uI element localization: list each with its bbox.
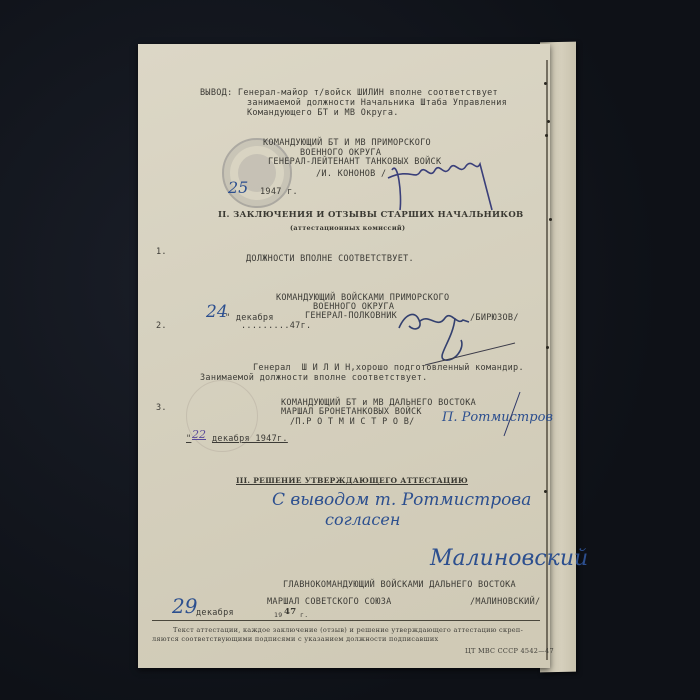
sig1-date-typed: 1947 г. — [260, 188, 298, 197]
item-3-sig-name: /П.Р О Т М И С Т Р О В/ — [290, 418, 415, 427]
punch-hole — [544, 82, 547, 85]
item-2-number: 2. — [156, 322, 167, 331]
punch-hole — [546, 346, 549, 349]
section-3-date-year-suffix: г. — [300, 611, 308, 620]
section-3-sig-line-2: МАРШАЛ СОВЕТСКОГО СОЮЗА — [267, 598, 392, 607]
item-1-number: 1. — [156, 248, 167, 257]
section-3-date-year: 47 — [284, 608, 296, 617]
approval-handwritten-line-1: С выводом т. Ротмистрова — [272, 490, 531, 510]
punch-hole — [544, 490, 547, 493]
conclusion-line-1: ВЫВОД: Генерал-майор т/войск ШИЛИН вполн… — [200, 89, 498, 98]
footnote-line-2: ляются соответствующими подписями с указ… — [152, 635, 438, 644]
punch-hole — [549, 218, 552, 221]
malinovsky-signature: Малиновский — [430, 546, 588, 571]
section-3-date-day: 29 — [172, 594, 197, 618]
section-3-date-month: декабря — [196, 609, 234, 618]
official-seal-stamp — [222, 138, 292, 208]
item-3-date-day: 22 — [192, 428, 206, 441]
item-3-number: 3. — [156, 404, 167, 413]
item-3-date-quote: " — [186, 435, 191, 444]
item-3-text-1: Генерал Ш И Л И Н,хорошо подготовленный … — [253, 364, 524, 373]
conclusion-line-2: занимаемой должности Начальника Штаба Уп… — [247, 99, 507, 108]
footnote-line-1: Текст аттестации, каждое заключение (отз… — [173, 626, 523, 635]
item-2-sig-line-3: ГЕНЕРАЛ-ПОЛКОВНИК — [305, 312, 397, 321]
section-3-date-year-prefix: 19 — [274, 611, 282, 620]
section-3-sig-line-1: ГЛАВНОКОМАНДУЮЩИЙ ВОЙСКАМИ ДАЛЬНЕГО ВОСТ… — [283, 581, 516, 590]
printer-mark: ЦТ МВС СССР 4542—47 — [465, 647, 554, 656]
item-1-text: ДОЛЖНОСТИ ВПОЛНЕ СООТВЕТСТВУЕТ. — [246, 255, 414, 264]
footer-rule — [152, 620, 540, 621]
section-2-title: II. ЗАКЛЮЧЕНИЯ И ОТЗЫВЫ СТАРШИХ НАЧАЛЬНИ… — [218, 211, 524, 220]
item-2-date-year: .........47г. — [241, 322, 311, 331]
item-3-sig-line-2: МАРШАЛ БРОНЕТАНКОВЫХ ВОЙСК — [281, 408, 422, 417]
item-3-date-rest: декабря 1947г. — [212, 435, 288, 444]
conclusion-line-3: Командующего БТ и МВ Округа. — [247, 109, 399, 118]
punch-hole — [545, 134, 548, 137]
section-3-title: III. РЕШЕНИЕ УТВЕРЖДАЮЩЕГО АТТЕСТАЦИЮ — [236, 476, 468, 485]
punch-hole — [547, 120, 550, 123]
rotmistrov-signature-stroke — [490, 390, 530, 440]
sig1-line-1: КОМАНДУЮЩИЙ БТ И МВ ПРИМОРСКОГО — [263, 139, 431, 148]
section-2-subtitle: (аттестационных комиссий) — [290, 224, 405, 233]
sig1-date-handwritten: 25 — [228, 178, 248, 197]
section-3-sig-name: /МАЛИНОВСКИЙ/ — [470, 598, 540, 607]
approval-handwritten-line-2: согласен — [325, 510, 400, 529]
sig1-name: /И. КОНОНОВ / — [316, 170, 386, 179]
